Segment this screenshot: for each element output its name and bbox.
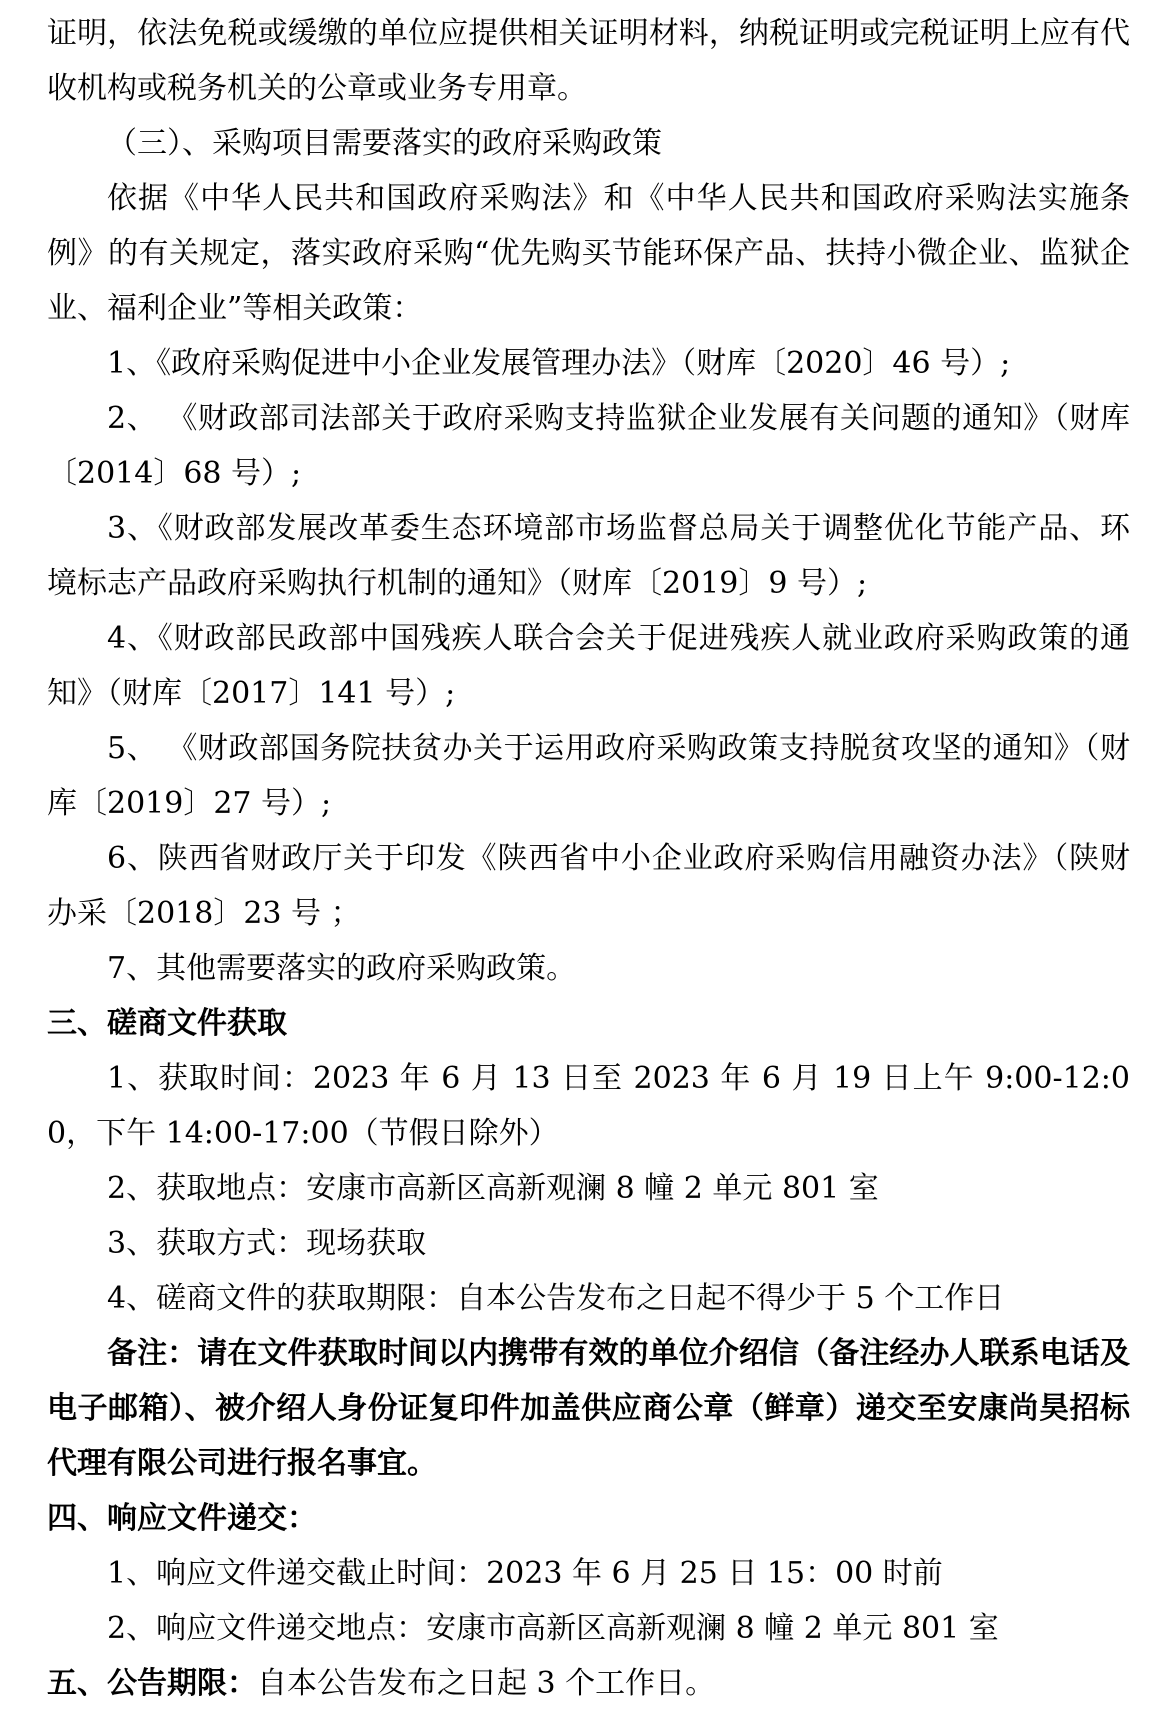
submission-item-location: 2、响应文件递交地点：安康市高新区高新观澜 8 幢 2 单元 801 室 — [47, 1601, 1130, 1656]
heading-section-4-response-submission: 四、响应文件递交： — [47, 1491, 1130, 1546]
para-policy-basis: 依据《中华人民共和国政府采购法》和《中华人民共和国政府采购法实施条例》的有关规定… — [47, 171, 1130, 336]
announcement-period-label: 五、公告期限： — [47, 1666, 257, 1701]
note-registration-requirements: 备注：请在文件获取时间以内携带有效的单位介绍信（备注经办人联系电话及电子邮箱）、… — [47, 1326, 1130, 1491]
policy-item-7: 7、其他需要落实的政府采购政策。 — [47, 941, 1130, 996]
subheading-section-3-policies: （三）、采购项目需要落实的政府采购政策 — [47, 116, 1130, 171]
policy-item-1: 1、《政府采购促进中小企业发展管理办法》（财库〔2020〕46 号）; — [47, 336, 1130, 391]
heading-section-3-document-acquisition: 三、磋商文件获取 — [47, 996, 1130, 1051]
acquisition-item-deadline: 4、磋商文件的获取期限：自本公告发布之日起不得少于 5 个工作日 — [47, 1271, 1130, 1326]
acquisition-item-location: 2、获取地点：安康市高新区高新观澜 8 幢 2 单元 801 室 — [47, 1161, 1130, 1216]
heading-section-5-announcement-period: 五、公告期限：自本公告发布之日起 3 个工作日。 — [47, 1656, 1130, 1711]
para-tax-certificate-continuation: 证明，依法免税或缓缴的单位应提供相关证明材料，纳税证明或完税证明上应有代收机构或… — [47, 6, 1130, 116]
document-page: 证明，依法免税或缓缴的单位应提供相关证明材料，纳税证明或完税证明上应有代收机构或… — [0, 0, 1170, 1714]
acquisition-item-method: 3、获取方式：现场获取 — [47, 1216, 1130, 1271]
announcement-period-value: 自本公告发布之日起 3 个工作日。 — [257, 1666, 715, 1701]
submission-item-deadline: 1、响应文件递交截止时间：2023 年 6 月 25 日 15：00 时前 — [47, 1546, 1130, 1601]
policy-item-6: 6、陕西省财政厅关于印发《陕西省中小企业政府采购信用融资办法》（陕财办采〔201… — [47, 831, 1130, 941]
policy-item-3: 3、《财政部发展改革委生态环境部市场监督总局关于调整优化节能产品、环境标志产品政… — [47, 501, 1130, 611]
policy-item-2: 2、 《财政部司法部关于政府采购支持监狱企业发展有关问题的通知》（财库〔2014… — [47, 391, 1130, 501]
policy-item-5: 5、 《财政部国务院扶贫办关于运用政府采购政策支持脱贫攻坚的通知》（财库〔201… — [47, 721, 1130, 831]
acquisition-item-time: 1、获取时间：2023 年 6 月 13 日至 2023 年 6 月 19 日上… — [47, 1051, 1130, 1161]
policy-item-4: 4、《财政部民政部中国残疾人联合会关于促进残疾人就业政府采购政策的通知》（财库〔… — [47, 611, 1130, 721]
